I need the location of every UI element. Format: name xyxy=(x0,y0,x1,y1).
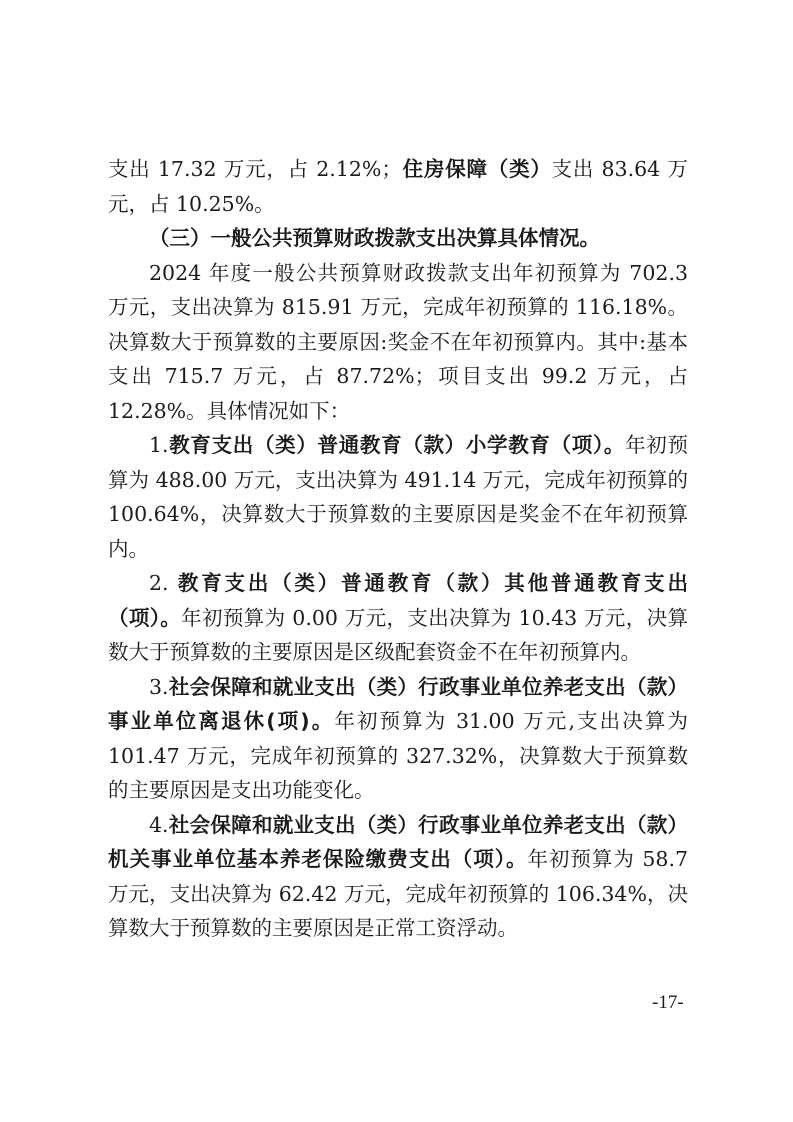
document-page: 支出 17.32 万元，占 2.12%；住房保障（类）支出 83.64 万元，占… xyxy=(108,152,688,946)
item-number: 2. xyxy=(149,571,178,595)
item-number: 4. xyxy=(149,813,169,837)
text-run: 支出 17.32 万元，占 2.12%； xyxy=(108,157,402,181)
page-number: -17- xyxy=(652,992,684,1014)
item-number: 1. xyxy=(149,433,169,457)
bold-category: 住房保障（类） xyxy=(402,157,552,181)
item-paragraph-4: 4.社会保障和就业支出（类）行政事业单位养老支出（款）机关事业单位基本养老保险缴… xyxy=(108,808,688,946)
item-number: 3. xyxy=(149,675,169,699)
item-paragraph-1: 1.教育支出（类）普通教育（款）小学教育（项）。年初预算为 488.00 万元，… xyxy=(108,428,688,566)
section-heading: （三）一般公共预算财政拨款支出决算具体情况。 xyxy=(108,221,688,256)
item-paragraph-2: 2. 教育支出（类）普通教育（款）其他普通教育支出（项）。年初预算为 0.00 … xyxy=(108,566,688,670)
paragraph-housing: 支出 17.32 万元，占 2.12%；住房保障（类）支出 83.64 万元，占… xyxy=(108,152,688,221)
item-paragraph-3: 3.社会保障和就业支出（类）行政事业单位养老支出（款）事业单位离退休(项)。年初… xyxy=(108,670,688,808)
item-title: 教育支出（类）普通教育（款）小学教育（项）。 xyxy=(169,433,626,457)
item-body: 年初预算为 0.00 万元，支出决算为 10.43 万元，决算数大于预算数的主要… xyxy=(108,606,688,665)
paragraph-summary: 2024 年度一般公共预算财政拨款支出年初预算为 702.3 万元，支出决算为 … xyxy=(108,256,688,429)
